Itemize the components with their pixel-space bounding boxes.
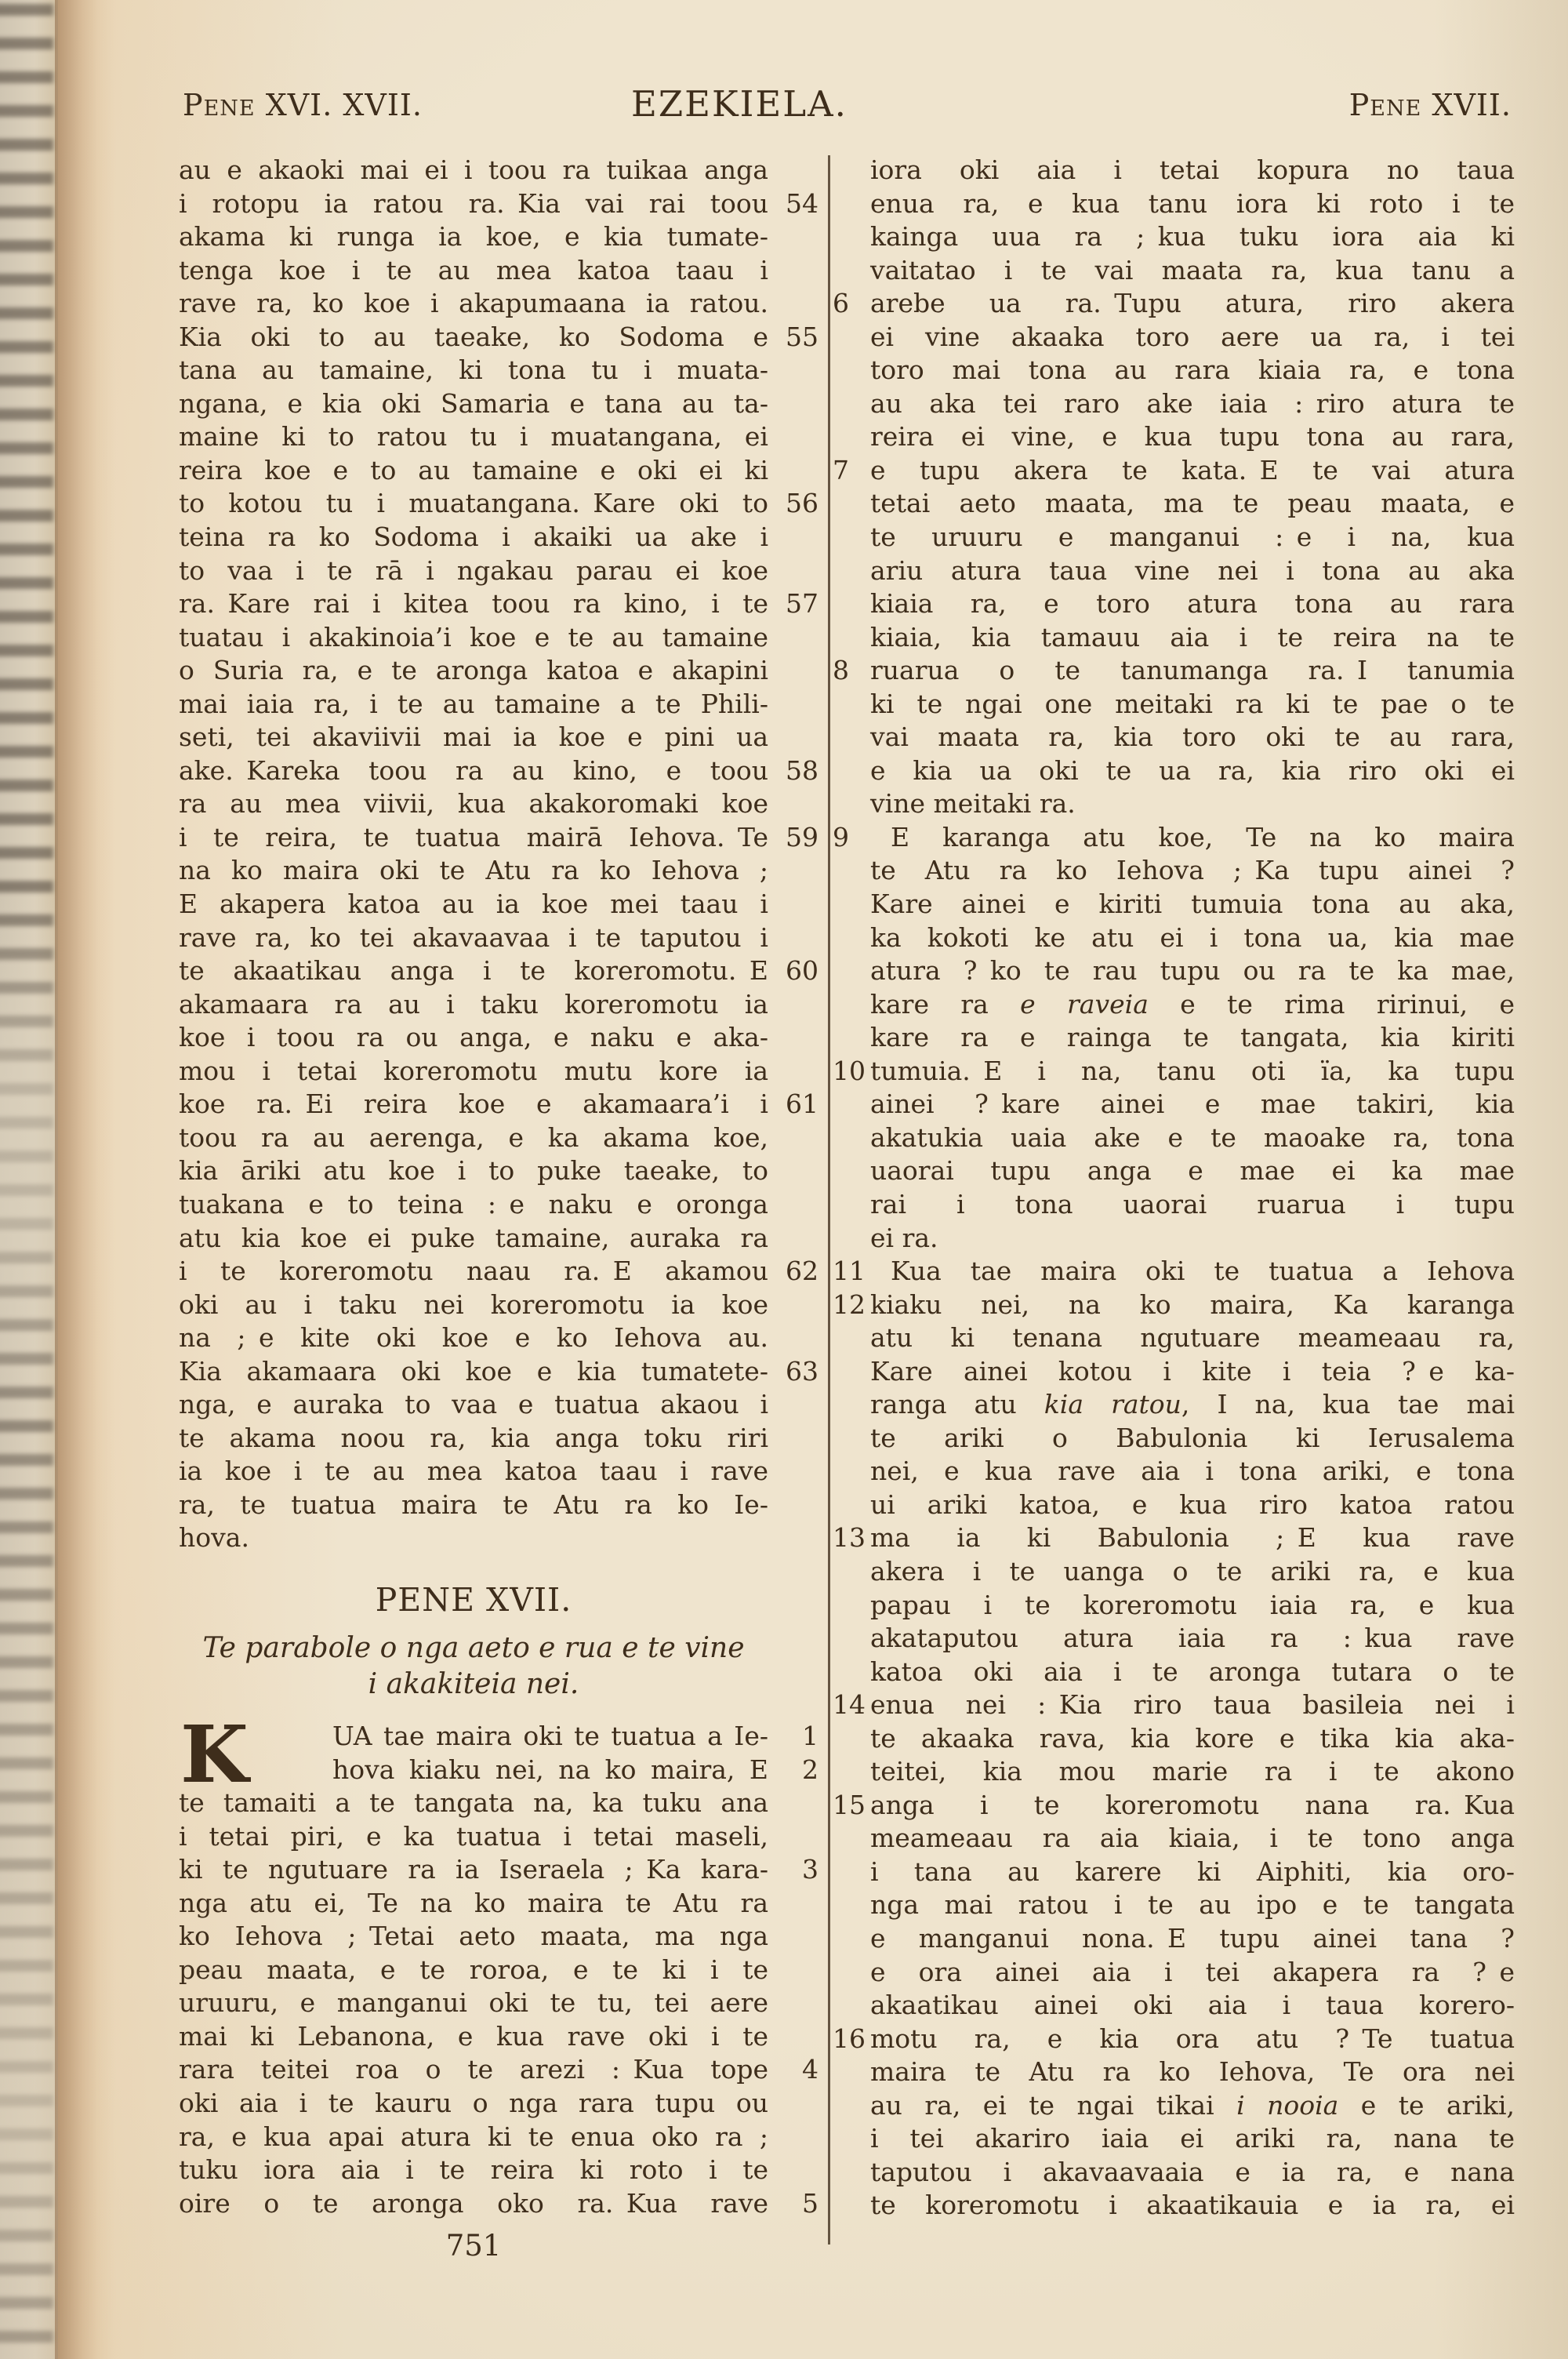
line-text: i tetai piri, e ka tuatua i tetai maseli… xyxy=(179,1821,768,1852)
verse-number: 3 xyxy=(773,1853,818,1887)
line-text: ruarua o te tanumanga ra. I tanumia xyxy=(870,655,1515,685)
text-line: na ko maira oki te Atu ra ko Iehova ; xyxy=(179,854,768,888)
text-line: rave ra, ko tei akavaavaa i te taputou i xyxy=(179,921,768,955)
left-column-part1: au e akaoki mai ei i toou ra tuikaa anga… xyxy=(179,154,768,1555)
text-line: toou ra au aerenga, e ka akama koe, xyxy=(179,1121,768,1155)
verse-number: 2 xyxy=(773,1754,818,1787)
chapter-subtitle-line-1: Te parabole o nga aeto e rua e te vine xyxy=(179,1630,768,1667)
text-line: uaorai tupu anga e mae ei ka mae xyxy=(870,1154,1515,1188)
text-line: to vaa i te rā i ngakau parau ei koe xyxy=(179,554,768,588)
line-text: ei ra. xyxy=(870,1223,938,1253)
text-line: ei ra. xyxy=(870,1222,1515,1256)
verse-number: 6 xyxy=(833,287,867,321)
text-line: E akapera katoa au ia koe mei taau i xyxy=(179,888,768,921)
chapter-heading: PENE XVII. xyxy=(179,1580,768,1619)
book-title: EZEKIELA. xyxy=(631,83,835,125)
line-text: enua nei : Kia riro taua basileia nei i xyxy=(870,1689,1515,1720)
text-line: kia āriki atu koe i to puke taeake, to xyxy=(179,1154,768,1188)
line-text: i te reira, te tuatua mairā Iehova. Te xyxy=(179,822,768,852)
verse-number: 8 xyxy=(833,654,867,688)
line-text: ainei ? kare ainei e mae takiri, kia xyxy=(870,1089,1515,1119)
text-line: papau i te koreromotu iaia ra, e kua xyxy=(870,1589,1515,1623)
line-text: E akapera katoa au ia koe mei taau i xyxy=(179,889,768,919)
text-line: ainei ? kare ainei e mae takiri, kia xyxy=(870,1088,1515,1121)
text-line: mai iaia ra, i te au tamaine a te Phili- xyxy=(179,688,768,722)
verse-number: 10 xyxy=(833,1055,867,1089)
line-text: hova. xyxy=(179,1522,249,1553)
line-text: oki au i taku nei koreromotu ia koe xyxy=(179,1289,768,1320)
line-text: tetai aeto maata, ma te peau maata, e xyxy=(870,488,1515,518)
line-text: ei vine akaaka toro aere ua ra, i tei xyxy=(870,322,1515,352)
text-line: E karanga atu koe, Te na ko maira9 xyxy=(870,821,1515,855)
column-divider-rule xyxy=(828,155,830,2245)
verse-number: 61 xyxy=(773,1088,818,1121)
line-text: o Suria ra, e te aronga katoa e akapini xyxy=(179,655,768,685)
line-text: ka kokoti ke atu ei i tona ua, kia mae xyxy=(870,922,1515,953)
text-line: kare ra e rainga te tangata, kia kiriti xyxy=(870,1021,1515,1055)
line-text: te Atu ra ko Iehova ; Ka tupu ainei ? xyxy=(870,855,1515,885)
line-text: akaatikau ainei oki aia i taua korero- xyxy=(870,1990,1515,2020)
text-line: Kia akamaara oki koe e kia tumatete-63 xyxy=(179,1355,768,1389)
line-text: Kua tae maira oki te tuatua a Iehova xyxy=(891,1256,1515,1286)
verse-number: 5 xyxy=(773,2187,818,2221)
text-line: teina ra ko Sodoma i akaiki ua ake i xyxy=(179,521,768,554)
verse-number: 9 xyxy=(833,821,867,855)
line-text: toro mai tona au rara kiaia ra, e tona xyxy=(870,354,1515,385)
verse-number: 60 xyxy=(773,954,818,988)
text-line: ki te ngai one meitaki ra ki te pae o te xyxy=(870,688,1515,722)
line-text: koe ra. Ei reira koe e akamaara’i i xyxy=(179,1089,768,1119)
text-line: uruuru, e manganui oki te tu, tei aere xyxy=(179,1986,768,2020)
verse-number: 58 xyxy=(773,754,818,788)
text-line: akatukia uaia ake e te maoake ra, tona xyxy=(870,1121,1515,1155)
line-text: te akaaka rava, kia kore e tika kia aka- xyxy=(870,1723,1515,1754)
text-line: tetai aeto maata, ma te peau maata, e xyxy=(870,487,1515,521)
text-line: nga, e auraka to vaa e tuatua akaou i xyxy=(179,1388,768,1422)
text-line: ra, te tuatua maira te Atu ra ko Ie- xyxy=(179,1488,768,1522)
line-text: mai ki Lebanona, e kua rave oki i te xyxy=(179,2021,768,2052)
text-line: ra au mea viivii, kua akakoromaki koe xyxy=(179,787,768,821)
line-text: oire o te aronga oko ra. Kua rave xyxy=(179,2188,768,2219)
text-line: rave ra, ko koe i akapumaana ia ratou. xyxy=(179,287,768,321)
text-line: ranga atu kia ratou, I na, kua tae mai xyxy=(870,1388,1515,1422)
line-text: katoa oki aia i te aronga tutara o te xyxy=(870,1656,1515,1687)
text-line: UA tae maira oki te tuatua a Ie-1 xyxy=(179,1720,768,1754)
text-line: te koreromotu i akaatikauia e ia ra, ei xyxy=(870,2189,1515,2223)
text-line: te akaaka rava, kia kore e tika kia aka- xyxy=(870,1722,1515,1756)
line-text: ariu atura taua vine nei i tona au aka xyxy=(870,555,1515,586)
verse-number: 12 xyxy=(833,1289,867,1322)
text-line: mai ki Lebanona, e kua rave oki i te xyxy=(179,2020,768,2054)
line-text: nga mai ratou i te au ipo e te tangata xyxy=(870,1889,1515,1920)
text-line: ruarua o te tanumanga ra. I tanumia8 xyxy=(870,654,1515,688)
line-text: reira koe e to au tamaine e oki ei ki xyxy=(179,455,768,485)
text-line: ma ia ki Babulonia ; E kua rave13 xyxy=(870,1521,1515,1555)
text-line: Kua tae maira oki te tuatua a Iehova11 xyxy=(870,1255,1515,1289)
line-text: ra, te tuatua maira te Atu ra ko Ie- xyxy=(179,1489,768,1520)
text-line: e manganui nona. E tupu ainei tana ? xyxy=(870,1922,1515,1956)
line-text: te koreromotu i akaatikauia e ia ra, ei xyxy=(870,2190,1515,2220)
text-line: peau maata, e te roroa, e te ki i te xyxy=(179,1954,768,1987)
text-line: koe ra. Ei reira koe e akamaara’i i61 xyxy=(179,1088,768,1121)
line-text: te akaatikau anga i te koreromotu. E xyxy=(179,955,768,986)
text-line: rai i tona uaorai ruarua i tupu xyxy=(870,1188,1515,1222)
line-text: ia koe i te au mea katoa taau i rave xyxy=(179,1456,768,1486)
line-text: Kare ainei e kiriti tumuia tona au aka, xyxy=(870,889,1515,919)
text-line: akamaara ra au i taku koreromotu ia xyxy=(179,988,768,1022)
line-text: maira te Atu ra ko Iehova, Te ora nei xyxy=(870,2056,1515,2087)
line-text: seti, tei akaviivii mai ia koe e pini ua xyxy=(179,722,768,752)
text-line: Kia oki to au taeake, ko Sodoma e55 xyxy=(179,321,768,354)
line-text: iora oki aia i tetai kopura no taua xyxy=(870,154,1515,185)
text-line: meameaau ra aia kiaia, i te tono anga xyxy=(870,1822,1515,1856)
line-text: ra, e kua apai atura ki te enua oko ra ; xyxy=(179,2121,768,2152)
text-line: kiaku nei, na ko maira, Ka karanga12 xyxy=(870,1289,1515,1322)
text-line: vai maata ra, kia toro oki te au rara, xyxy=(870,721,1515,754)
line-text: kainga uua ra ; kua tuku iora aia ki xyxy=(870,221,1515,252)
line-text: taputou i akavaavaaia e ia ra, e nana xyxy=(870,2157,1515,2187)
line-text: kia āriki atu koe i to puke taeake, to xyxy=(179,1155,768,1186)
line-text: peau maata, e te roroa, e te ki i te xyxy=(179,1954,768,1985)
text-line: ui ariki katoa, e kua riro katoa ratou xyxy=(870,1488,1515,1522)
line-text: mai iaia ra, i te au tamaine a te Phili- xyxy=(179,689,768,719)
line-text: e tupu akera te kata. E te vai atura xyxy=(870,455,1515,485)
verse-number: 16 xyxy=(833,2023,867,2056)
verse-number: 15 xyxy=(833,1789,867,1823)
line-text: kiaia, kia tamauu aia i te reira na te xyxy=(870,622,1515,652)
line-text: hova kiaku nei, na ko maira, E xyxy=(332,1754,768,1785)
text-line: i te koreromotu naau ra. E akamou62 xyxy=(179,1255,768,1289)
line-text: arebe ua ra. Tupu atura, riro akera xyxy=(870,288,1515,318)
verse-number: 54 xyxy=(773,187,818,221)
line-text: to kotou tu i muatangana. Kare oki to xyxy=(179,488,768,518)
line-text: ake. Kareka toou ra au kino, e toou xyxy=(179,755,768,786)
text-line: te uruuru e manganui : e i na, kua xyxy=(870,521,1515,554)
line-text: UA tae maira oki te tuatua a Ie- xyxy=(332,1721,768,1751)
text-line: i tei akariro iaia ei ariki ra, nana te xyxy=(870,2122,1515,2156)
text-line: ei vine akaaka toro aere ua ra, i tei xyxy=(870,321,1515,354)
chapter-subtitle-line-2: i akakiteia nei. xyxy=(179,1667,768,1703)
line-text: te tamaiti a te tangata na, ka tuku ana xyxy=(179,1787,768,1818)
line-text: toou ra au aerenga, e ka akama koe, xyxy=(179,1122,768,1153)
line-text: te uruuru e manganui : e i na, kua xyxy=(870,522,1515,552)
verse-number: 4 xyxy=(773,2053,818,2087)
line-text: e ora ainei aia i tei akapera ra ? e xyxy=(870,1957,1515,1987)
text-line: kainga uua ra ; kua tuku iora aia ki xyxy=(870,220,1515,254)
text-line: oki au i taku nei koreromotu ia koe xyxy=(179,1289,768,1322)
line-text: anga i te koreromotu nana ra. Kua xyxy=(870,1790,1515,1820)
right-column: iora oki aia i tetai kopura no tauaenua … xyxy=(870,154,1515,2223)
verse-number: 57 xyxy=(773,587,818,621)
text-line: kare ra e raveia e te rima ririnui, e xyxy=(870,988,1515,1022)
text-line: seti, tei akaviivii mai ia koe e pini ua xyxy=(179,721,768,754)
line-text: tuakana e to teina : e naku e oronga xyxy=(179,1189,768,1219)
line-text: vaitatao i te vai maata ra, kua tanu a xyxy=(870,255,1515,285)
text-line: e tupu akera te kata. E te vai atura7 xyxy=(870,454,1515,488)
text-line: ra, e kua apai atura ki te enua oko ra ; xyxy=(179,2121,768,2154)
text-line: enua ra, e kua tanu iora ki roto i te xyxy=(870,187,1515,221)
text-line: kiaia, kia tamauu aia i te reira na te xyxy=(870,621,1515,655)
line-text: ki te ngai one meitaki ra ki te pae o te xyxy=(870,689,1515,719)
text-line: ariu atura taua vine nei i tona au aka xyxy=(870,554,1515,588)
line-text: e manganui nona. E tupu ainei tana ? xyxy=(870,1923,1515,1954)
verse-number: 55 xyxy=(773,321,818,354)
line-text: teina ra ko Sodoma i akaiki ua ake i xyxy=(179,522,768,552)
line-text: rara teitei roa o te arezi : Kua tope xyxy=(179,2054,768,2085)
adjacent-page-fade xyxy=(0,0,58,2359)
line-text: oki aia i te kauru o nga rara tupu ou xyxy=(179,2088,768,2118)
text-line: akataputou atura iaia ra : kua rave xyxy=(870,1622,1515,1656)
text-line: o Suria ra, e te aronga katoa e akapini xyxy=(179,654,768,688)
text-line: nga atu ei, Te na ko maira te Atu ra xyxy=(179,1887,768,1921)
verse-number: 13 xyxy=(833,1521,867,1555)
text-line: vine meitaki ra. xyxy=(870,787,1515,821)
text-line: hova. xyxy=(179,1521,768,1555)
text-line: ka kokoti ke atu ei i tona ua, kia mae xyxy=(870,921,1515,955)
text-line: to kotou tu i muatangana. Kare oki to56 xyxy=(179,487,768,521)
line-text: ngana, e kia oki Samaria e tana au ta- xyxy=(179,388,768,419)
line-text: kiaia ra, e toro atura tona au rara xyxy=(870,588,1515,619)
line-text: kiaku nei, na ko maira, Ka karanga xyxy=(870,1289,1515,1320)
text-line: akera i te uanga o te ariki ra, e kua xyxy=(870,1555,1515,1589)
text-line: i te reira, te tuatua mairā Iehova. Te59 xyxy=(179,821,768,855)
text-line: i rotopu ia ratou ra. Kia vai rai toou54 xyxy=(179,187,768,221)
line-text: to vaa i te rā i ngakau parau ei koe xyxy=(179,555,768,586)
line-text: papau i te koreromotu iaia ra, e kua xyxy=(870,1590,1515,1620)
text-line: i tetai piri, e ka tuatua i tetai maseli… xyxy=(179,1820,768,1854)
line-text: ui ariki katoa, e kua riro katoa ratou xyxy=(870,1489,1515,1520)
line-text: reira ei vine, e kua tupu tona au rara, xyxy=(870,421,1515,452)
line-text: vine meitaki ra. xyxy=(870,788,1076,819)
text-line: reira ei vine, e kua tupu tona au rara, xyxy=(870,420,1515,454)
text-line: te Atu ra ko Iehova ; Ka tupu ainei ? xyxy=(870,854,1515,888)
text-line: nga mai ratou i te au ipo e te tangata xyxy=(870,1888,1515,1922)
text-line: motu ra, e kia ora atu ? Te tuatua16 xyxy=(870,2023,1515,2056)
line-text: vai maata ra, kia toro oki te au rara, xyxy=(870,722,1515,752)
verse-number: 56 xyxy=(773,487,818,521)
text-line: i tana au karere ki Aiphiti, kia oro- xyxy=(870,1856,1515,1889)
line-text: motu ra, e kia ora atu ? Te tuatua xyxy=(870,2023,1515,2054)
running-head-right: Pene XVII. xyxy=(1349,88,1512,122)
text-line: toro mai tona au rara kiaia ra, e tona xyxy=(870,354,1515,387)
verse-number: 62 xyxy=(773,1255,818,1289)
text-line: maira te Atu ra ko Iehova, Te ora nei xyxy=(870,2055,1515,2089)
text-line: ake. Kareka toou ra au kino, e toou58 xyxy=(179,754,768,788)
line-text: akataputou atura iaia ra : kua rave xyxy=(870,1623,1515,1653)
text-line: ia koe i te au mea katoa taau i rave xyxy=(179,1455,768,1488)
line-text: maine ki to ratou tu i muatangana, ei xyxy=(179,421,768,452)
line-text: koe i toou ra ou anga, e naku e aka- xyxy=(179,1022,768,1052)
line-text: teitei, kia mou marie ra i te akono xyxy=(870,1756,1515,1787)
text-line: tana au tamaine, ki tona tu i muata- xyxy=(179,354,768,387)
text-line: Kare ainei e kiriti tumuia tona au aka, xyxy=(870,888,1515,921)
text-line: oki aia i te kauru o nga rara tupu ou xyxy=(179,2087,768,2121)
line-text: uaorai tupu anga e mae ei ka mae xyxy=(870,1155,1515,1186)
text-line: atura ? ko te rau tupu ou ra te ka mae, xyxy=(870,954,1515,988)
line-text: nei, e kua rave aia i tona ariki, e tona xyxy=(870,1456,1515,1486)
text-line: te ariki o Babulonia ki Ierusalema xyxy=(870,1422,1515,1456)
verse-number: 14 xyxy=(833,1688,867,1722)
text-line: au ra, ei te ngai tikai i nooia e te ari… xyxy=(870,2089,1515,2123)
scanned-book-page: { "header": { "left": "Pene XVI. XVII.",… xyxy=(0,0,1568,2359)
text-line: akama ki runga ia koe, e kia tumate- xyxy=(179,220,768,254)
line-text: ma ia ki Babulonia ; E kua rave xyxy=(870,1522,1515,1553)
text-line: te akama noou ra, kia anga toku riri xyxy=(179,1422,768,1456)
verse-number: 7 xyxy=(833,454,867,488)
text-line: anga i te koreromotu nana ra. Kua15 xyxy=(870,1789,1515,1823)
text-line: atu kia koe ei puke tamaine, auraka ra xyxy=(179,1222,768,1256)
text-line: Kare ainei kotou i kite i teia ? e ka- xyxy=(870,1355,1515,1389)
text-line: te akaatikau anga i te koreromotu. E60 xyxy=(179,954,768,988)
text-line: hova kiaku nei, na ko maira, E2 xyxy=(179,1754,768,1787)
line-text: tuatau i akakinoia’i koe e te au tamaine xyxy=(179,622,768,652)
text-line: vaitatao i te vai maata ra, kua tanu a xyxy=(870,254,1515,288)
line-text: atu kia koe ei puke tamaine, auraka ra xyxy=(179,1223,768,1253)
line-text: uruuru, e manganui oki te tu, tei aere xyxy=(179,1987,768,2018)
text-line: akaatikau ainei oki aia i taua korero- xyxy=(870,1989,1515,2023)
text-line: tuakana e to teina : e naku e oronga xyxy=(179,1188,768,1222)
line-text: te akama noou ra, kia anga toku riri xyxy=(179,1423,768,1453)
left-column: au e akaoki mai ei i toou ra tuikaa anga… xyxy=(179,154,768,2220)
running-head-left: Pene XVI. XVII. xyxy=(183,88,423,122)
line-text: tana au tamaine, ki tona tu i muata- xyxy=(179,354,768,385)
line-text: Kare ainei kotou i kite i teia ? e ka- xyxy=(870,1356,1515,1387)
line-text: meameaau ra aia kiaia, i te tono anga xyxy=(870,1823,1515,1853)
text-line: e kia ua oki te ua ra, kia riro oki ei xyxy=(870,754,1515,788)
line-text: ra au mea viivii, kua akakoromaki koe xyxy=(179,788,768,819)
line-text: rave ra, ko tei akavaavaa i te taputou i xyxy=(179,922,768,953)
text-line: ko Iehova ; Tetai aeto maata, ma nga xyxy=(179,1920,768,1954)
line-text: akamaara ra au i taku koreromotu ia xyxy=(179,989,768,1020)
line-text: ra. Kare rai i kitea toou ra kino, i te xyxy=(179,588,768,619)
verse-number: 63 xyxy=(773,1355,818,1389)
line-text: kare ra e raveia e te rima ririnui, e xyxy=(870,989,1515,1020)
text-line: katoa oki aia i te aronga tutara o te xyxy=(870,1656,1515,1689)
text-line: e ora ainei aia i tei akapera ra ? e xyxy=(870,1956,1515,1990)
line-text: i tei akariro iaia ei ariki ra, nana te xyxy=(870,2123,1515,2154)
line-text: rave ra, ko koe i akapumaana ia ratou. xyxy=(179,288,768,318)
line-text: au ra, ei te ngai tikai i nooia e te ari… xyxy=(870,2090,1515,2121)
line-text: mou i tetai koreromotu mutu kore ia xyxy=(179,1056,768,1086)
line-text: akera i te uanga o te ariki ra, e kua xyxy=(870,1556,1515,1587)
text-line: ngana, e kia oki Samaria e tana au ta- xyxy=(179,387,768,421)
line-text: E karanga atu koe, Te na ko maira xyxy=(891,822,1515,852)
line-text: au e akaoki mai ei i toou ra tuikaa anga xyxy=(179,154,768,185)
verse-number: 59 xyxy=(773,821,818,855)
line-text: tumuia. E i na, tanu oti ïa, ka tupu xyxy=(870,1056,1515,1086)
text-line: taputou i akavaavaaia e ia ra, e nana xyxy=(870,2156,1515,2190)
line-text: au aka tei raro ake iaia : riro atura te xyxy=(870,388,1515,419)
text-line: atu ki tenana ngutuare meameaau ra, xyxy=(870,1321,1515,1355)
line-text: na ko maira oki te Atu ra ko Iehova ; xyxy=(179,855,768,885)
text-line: iora oki aia i tetai kopura no taua xyxy=(870,154,1515,187)
line-text: na ; e kite oki koe e ko Iehova au. xyxy=(179,1322,768,1353)
text-line: au aka tei raro ake iaia : riro atura te xyxy=(870,387,1515,421)
line-text: nga atu ei, Te na ko maira te Atu ra xyxy=(179,1888,768,1918)
text-line: tenga koe i te au mea katoa taau i xyxy=(179,254,768,288)
text-line: au e akaoki mai ei i toou ra tuikaa anga xyxy=(179,154,768,187)
adjacent-page-edge xyxy=(0,0,58,2359)
line-text: Kia akamaara oki koe e kia tumatete- xyxy=(179,1356,768,1387)
text-line: te tamaiti a te tangata na, ka tuku ana xyxy=(179,1787,768,1820)
verse-number: 1 xyxy=(773,1720,818,1754)
text-line: koe i toou ra ou anga, e naku e aka- xyxy=(179,1021,768,1055)
text-line: tumuia. E i na, tanu oti ïa, ka tupu10 xyxy=(870,1055,1515,1089)
text-line: oire o te aronga oko ra. Kua rave5 xyxy=(179,2187,768,2221)
text-line: ki te ngutuare ra ia Iseraela ; Ka kara-… xyxy=(179,1853,768,1887)
text-line: kiaia ra, e toro atura tona au rara xyxy=(870,587,1515,621)
line-text: akama ki runga ia koe, e kia tumate- xyxy=(179,221,768,252)
text-line: arebe ua ra. Tupu atura, riro akera6 xyxy=(870,287,1515,321)
line-text: atura ? ko te rau tupu ou ra te ka mae, xyxy=(870,955,1515,986)
line-text: tenga koe i te au mea katoa taau i xyxy=(179,255,768,285)
gutter-crease-shadow xyxy=(55,0,116,2359)
verse-number: 11 xyxy=(833,1255,867,1289)
line-text: tuku iora aia i te reira ki roto i te xyxy=(179,2154,768,2185)
line-text: i te koreromotu naau ra. E akamou xyxy=(179,1256,768,1286)
line-text: Kia oki to au taeake, ko Sodoma e xyxy=(179,322,768,352)
text-line: ra. Kare rai i kitea toou ra kino, i te5… xyxy=(179,587,768,621)
text-line: mou i tetai koreromotu mutu kore ia xyxy=(179,1055,768,1089)
text-line: enua nei : Kia riro taua basileia nei i1… xyxy=(870,1688,1515,1722)
line-text: rai i tona uaorai ruarua i tupu xyxy=(870,1189,1515,1219)
text-line: na ; e kite oki koe e ko Iehova au. xyxy=(179,1321,768,1355)
line-text: te ariki o Babulonia ki Ierusalema xyxy=(870,1423,1515,1453)
line-text: enua ra, e kua tanu iora ki roto i te xyxy=(870,188,1515,219)
text-line: reira koe e to au tamaine e oki ei ki xyxy=(179,454,768,488)
text-line: tuku iora aia i te reira ki roto i te xyxy=(179,2154,768,2187)
text-line: tuatau i akakinoia’i koe e te au tamaine xyxy=(179,621,768,655)
text-line: rara teitei roa o te arezi : Kua tope4 xyxy=(179,2053,768,2087)
page-number: 751 xyxy=(179,2229,768,2263)
text-line: teitei, kia mou marie ra i te akono xyxy=(870,1755,1515,1789)
line-text: ki te ngutuare ra ia Iseraela ; Ka kara- xyxy=(179,1854,768,1885)
line-text: ranga atu kia ratou, I na, kua tae mai xyxy=(870,1389,1515,1419)
text-line: maine ki to ratou tu i muatangana, ei xyxy=(179,420,768,454)
text-line: nei, e kua rave aia i tona ariki, e tona xyxy=(870,1455,1515,1488)
line-text: i tana au karere ki Aiphiti, kia oro- xyxy=(870,1856,1515,1887)
left-column-part2: K UA tae maira oki te tuatua a Ie-1hova … xyxy=(179,1720,768,2220)
line-text: atu ki tenana ngutuare meameaau ra, xyxy=(870,1322,1515,1353)
line-text: i rotopu ia ratou ra. Kia vai rai toou xyxy=(179,188,768,219)
line-text: ko Iehova ; Tetai aeto maata, ma nga xyxy=(179,1921,768,1951)
line-text: e kia ua oki te ua ra, kia riro oki ei xyxy=(870,755,1515,786)
line-text: kare ra e rainga te tangata, kia kiriti xyxy=(870,1022,1515,1052)
line-text: akatukia uaia ake e te maoake ra, tona xyxy=(870,1122,1515,1153)
line-text: nga, e auraka to vaa e tuatua akaou i xyxy=(179,1389,768,1419)
